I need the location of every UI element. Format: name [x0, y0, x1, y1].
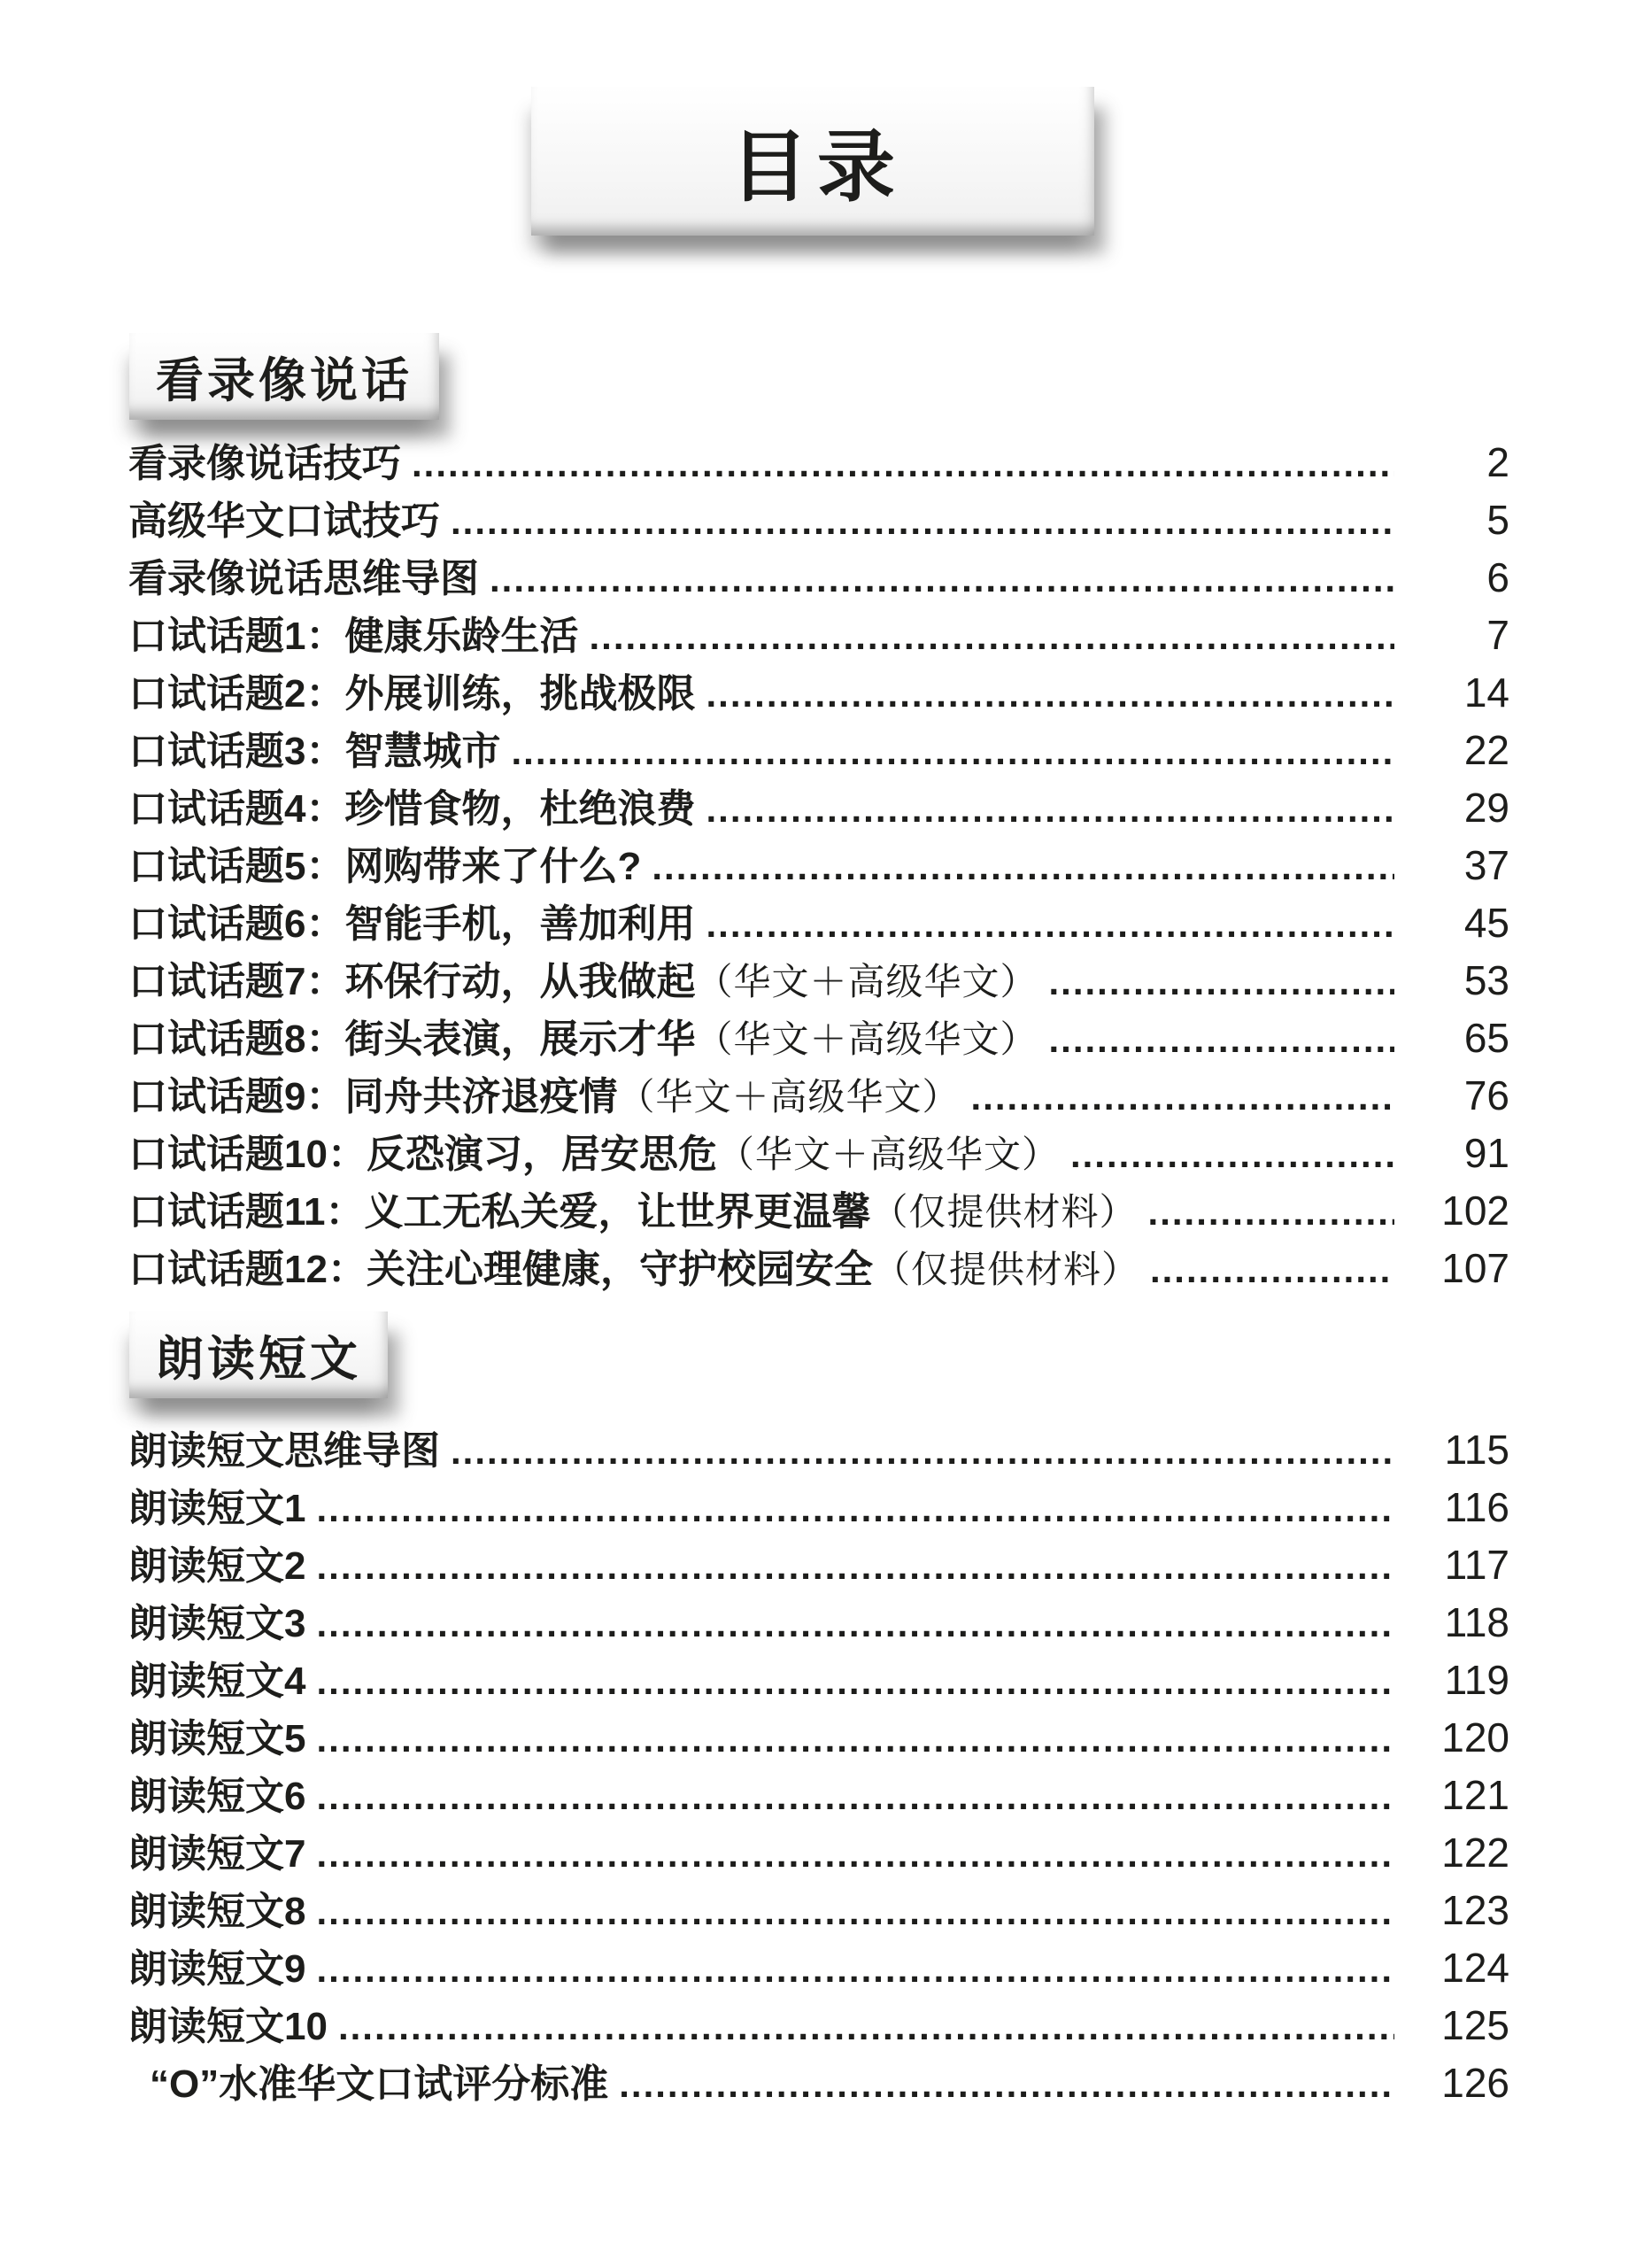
toc-entry: 口试话题7：环保行动，从我做起（华文＋高级华文）................…: [128, 952, 1509, 1010]
entry-title: 看录像说话技巧: [128, 435, 401, 492]
entry-note: （仅提供材料）: [871, 1185, 1138, 1242]
toc-entry: 高级华文口试技巧................................…: [128, 491, 1509, 549]
toc-entry: 朗读短文8...................................…: [128, 1882, 1509, 1939]
dot-leader: ........................................…: [971, 1068, 1395, 1126]
dot-leader: ........................................…: [619, 2055, 1394, 2113]
entry-page-number: 45: [1410, 894, 1509, 952]
entry-title: 口试话题9：同舟共济退疫情: [128, 1068, 617, 1126]
toc-entry: 看录像说话技巧.................................…: [128, 434, 1509, 491]
entry-title: 朗读短文10: [128, 1998, 328, 2055]
toc-entry: 口试话题2：外展训练，挑战极限.........................…: [128, 664, 1509, 722]
entry-page-number: 65: [1410, 1010, 1509, 1067]
entry-page-number: 124: [1410, 1939, 1509, 1997]
entry-page-number: 122: [1410, 1824, 1509, 1882]
dot-leader: ........................................…: [511, 723, 1394, 780]
entry-title: 口试话题8：街头表演，展示才华: [128, 1010, 695, 1068]
toc-entry: 看录像说话思维导图...............................…: [128, 549, 1509, 607]
entry-title: 口试话题5：网购带来了什么?: [128, 838, 641, 895]
entry-title: 朗读短文9: [128, 1940, 305, 1998]
entry-page-number: 117: [1410, 1536, 1509, 1594]
dot-leader: ........................................…: [652, 838, 1394, 895]
toc-entry: 口试话题4：珍惜食物，杜绝浪费.........................…: [128, 779, 1509, 837]
toc-entry: 口试话题10：反恐演习，居安思危（华文＋高级华文）...............…: [128, 1125, 1509, 1182]
entry-page-number: 121: [1410, 1767, 1509, 1824]
toc-entry: 朗读短文思维导图................................…: [128, 1421, 1509, 1479]
entry-title: 口试话题10：反恐演习，居安思危: [128, 1126, 717, 1183]
entry-page-number: 29: [1410, 779, 1509, 837]
dot-leader: ........................................…: [706, 895, 1394, 953]
entry-page-number: 6: [1410, 549, 1509, 607]
section-header: 朗读短文: [156, 1321, 361, 1389]
entry-title: 口试话题4：珍惜食物，杜绝浪费: [128, 780, 695, 838]
entry-page-number: 37: [1410, 837, 1509, 894]
toc-entry: 朗读短文3...................................…: [128, 1594, 1509, 1652]
dot-leader: ........................................…: [1049, 1010, 1395, 1068]
entry-title: 朗读短文1: [128, 1480, 305, 1537]
section-header-box: 朗读短文: [129, 1311, 388, 1398]
page-title-box: 目录: [531, 87, 1094, 236]
entry-title: 高级华文口试技巧: [128, 492, 440, 550]
dot-leader: ........................................…: [589, 607, 1394, 665]
entry-title: “O”水准华文口试评分标准: [150, 2055, 608, 2113]
toc-entry: 朗读短文10..................................…: [128, 1997, 1509, 2054]
toc-entry: 口试话题3：智慧城市..............................…: [128, 722, 1509, 779]
entry-title: 朗读短文2: [128, 1537, 305, 1595]
toc-entry-list: 朗读短文思维导图................................…: [128, 1421, 1509, 2112]
entry-title: 口试话题1：健康乐龄生活: [128, 607, 578, 665]
toc-entry: 朗读短文1...................................…: [128, 1479, 1509, 1536]
entry-title: 朗读短文思维导图: [128, 1422, 440, 1480]
toc-entry: 口试话题8：街头表演，展示才华（华文＋高级华文）................…: [128, 1010, 1509, 1067]
entry-page-number: 125: [1410, 1997, 1509, 2054]
entry-note: （仅提供材料）: [873, 1242, 1139, 1300]
dot-leader: ........................................…: [1150, 1241, 1394, 1298]
dot-leader: ........................................…: [316, 1710, 1394, 1768]
entry-title: 口试话题6：智能手机，善加利用: [128, 895, 695, 953]
entry-page-number: 22: [1410, 722, 1509, 779]
toc-entry: 朗读短文7...................................…: [128, 1824, 1509, 1882]
entry-page-number: 120: [1410, 1709, 1509, 1767]
entry-note: （华文＋高级华文）: [695, 955, 1038, 1012]
toc-entry: 朗读短文2...................................…: [128, 1536, 1509, 1594]
toc-entry: 口试话题6：智能手机，善加利用.........................…: [128, 894, 1509, 952]
dot-leader: ........................................…: [451, 1422, 1394, 1480]
toc-entry: “O”水准华文口试评分标准...........................…: [128, 2054, 1509, 2112]
dot-leader: ........................................…: [706, 780, 1394, 838]
entry-note: （华文＋高级华文）: [617, 1070, 960, 1127]
dot-leader: ........................................…: [1049, 953, 1395, 1010]
section-header-box: 看录像说话: [129, 333, 439, 420]
entry-title: 朗读短文5: [128, 1710, 305, 1768]
entry-page-number: 115: [1410, 1421, 1509, 1479]
entry-title: 朗读短文8: [128, 1883, 305, 1940]
entry-title: 朗读短文6: [128, 1768, 305, 1825]
entry-page-number: 107: [1410, 1240, 1509, 1297]
dot-leader: ........................................…: [1148, 1183, 1394, 1241]
toc-entry: 口试话题5：网购带来了什么?..........................…: [128, 837, 1509, 894]
dot-leader: ........................................…: [316, 1768, 1394, 1825]
dot-leader: ........................................…: [316, 1595, 1394, 1652]
entry-note: （华文＋高级华文）: [695, 1012, 1038, 1070]
section-video-speaking: 看录像说话 看录像说话技巧...........................…: [0, 236, 1652, 1297]
dot-leader: ........................................…: [451, 492, 1394, 550]
dot-leader: ........................................…: [316, 1537, 1394, 1595]
entry-page-number: 116: [1410, 1479, 1509, 1536]
page-title: 目录: [722, 105, 904, 217]
toc-entry: 口试话题11：义工无私关爱，让世界更温馨（仅提供材料）.............…: [128, 1182, 1509, 1240]
toc-entry: 口试话题9：同舟共济退疫情（华文＋高级华文）..................…: [128, 1067, 1509, 1125]
entry-title: 口试话题12：关注心理健康，守护校园安全: [128, 1241, 873, 1298]
entry-page-number: 7: [1410, 607, 1509, 664]
toc-entry: 口试话题1：健康乐龄生活............................…: [128, 607, 1509, 664]
toc-entry: 口试话题12：关注心理健康，守护校园安全（仅提供材料）.............…: [128, 1240, 1509, 1297]
toc-entry: 朗读短文9...................................…: [128, 1939, 1509, 1997]
entry-page-number: 91: [1410, 1125, 1509, 1182]
toc-page: 目录 看录像说话 看录像说话技巧........................…: [0, 0, 1652, 2267]
dot-leader: ........................................…: [1070, 1126, 1394, 1183]
entry-title: 口试话题3：智慧城市: [128, 723, 500, 780]
entry-page-number: 118: [1410, 1594, 1509, 1652]
entry-page-number: 14: [1410, 664, 1509, 722]
dot-leader: ........................................…: [316, 1652, 1394, 1710]
entry-page-number: 53: [1410, 952, 1509, 1010]
section-header: 看录像说话: [156, 343, 413, 411]
entry-page-number: 2: [1410, 434, 1509, 491]
section-read-aloud: 朗读短文 朗读短文思维导图...........................…: [0, 1297, 1652, 2112]
dot-leader: ........................................…: [706, 665, 1394, 723]
entry-title: 朗读短文3: [128, 1595, 305, 1652]
entry-page-number: 102: [1410, 1182, 1509, 1240]
entry-page-number: 123: [1410, 1882, 1509, 1939]
entry-title: 口试话题7：环保行动，从我做起: [128, 953, 695, 1010]
entry-title: 看录像说话思维导图: [128, 550, 479, 607]
dot-leader: ........................................…: [316, 1940, 1394, 1998]
toc-entry: 朗读短文4...................................…: [128, 1652, 1509, 1709]
toc-entry: 朗读短文6...................................…: [128, 1767, 1509, 1824]
entry-page-number: 5: [1410, 491, 1509, 549]
toc-entry-list: 看录像说话技巧.................................…: [128, 434, 1509, 1297]
toc-entry: 朗读短文5...................................…: [128, 1709, 1509, 1767]
dot-leader: ........................................…: [316, 1825, 1394, 1883]
dot-leader: ........................................…: [316, 1883, 1394, 1940]
dot-leader: ........................................…: [316, 1480, 1394, 1537]
entry-title: 口试话题11：义工无私关爱，让世界更温馨: [128, 1183, 871, 1241]
entry-title: 口试话题2：外展训练，挑战极限: [128, 665, 695, 723]
dot-leader: ........................................…: [412, 435, 1394, 492]
dot-leader: ........................................…: [490, 550, 1394, 607]
entry-page-number: 119: [1410, 1652, 1509, 1709]
entry-page-number: 126: [1410, 2054, 1509, 2112]
entry-note: （华文＋高级华文）: [717, 1127, 1060, 1185]
entry-title: 朗读短文4: [128, 1652, 305, 1710]
entry-title: 朗读短文7: [128, 1825, 305, 1883]
entry-page-number: 76: [1410, 1067, 1509, 1125]
dot-leader: ........................................…: [338, 1998, 1394, 2055]
